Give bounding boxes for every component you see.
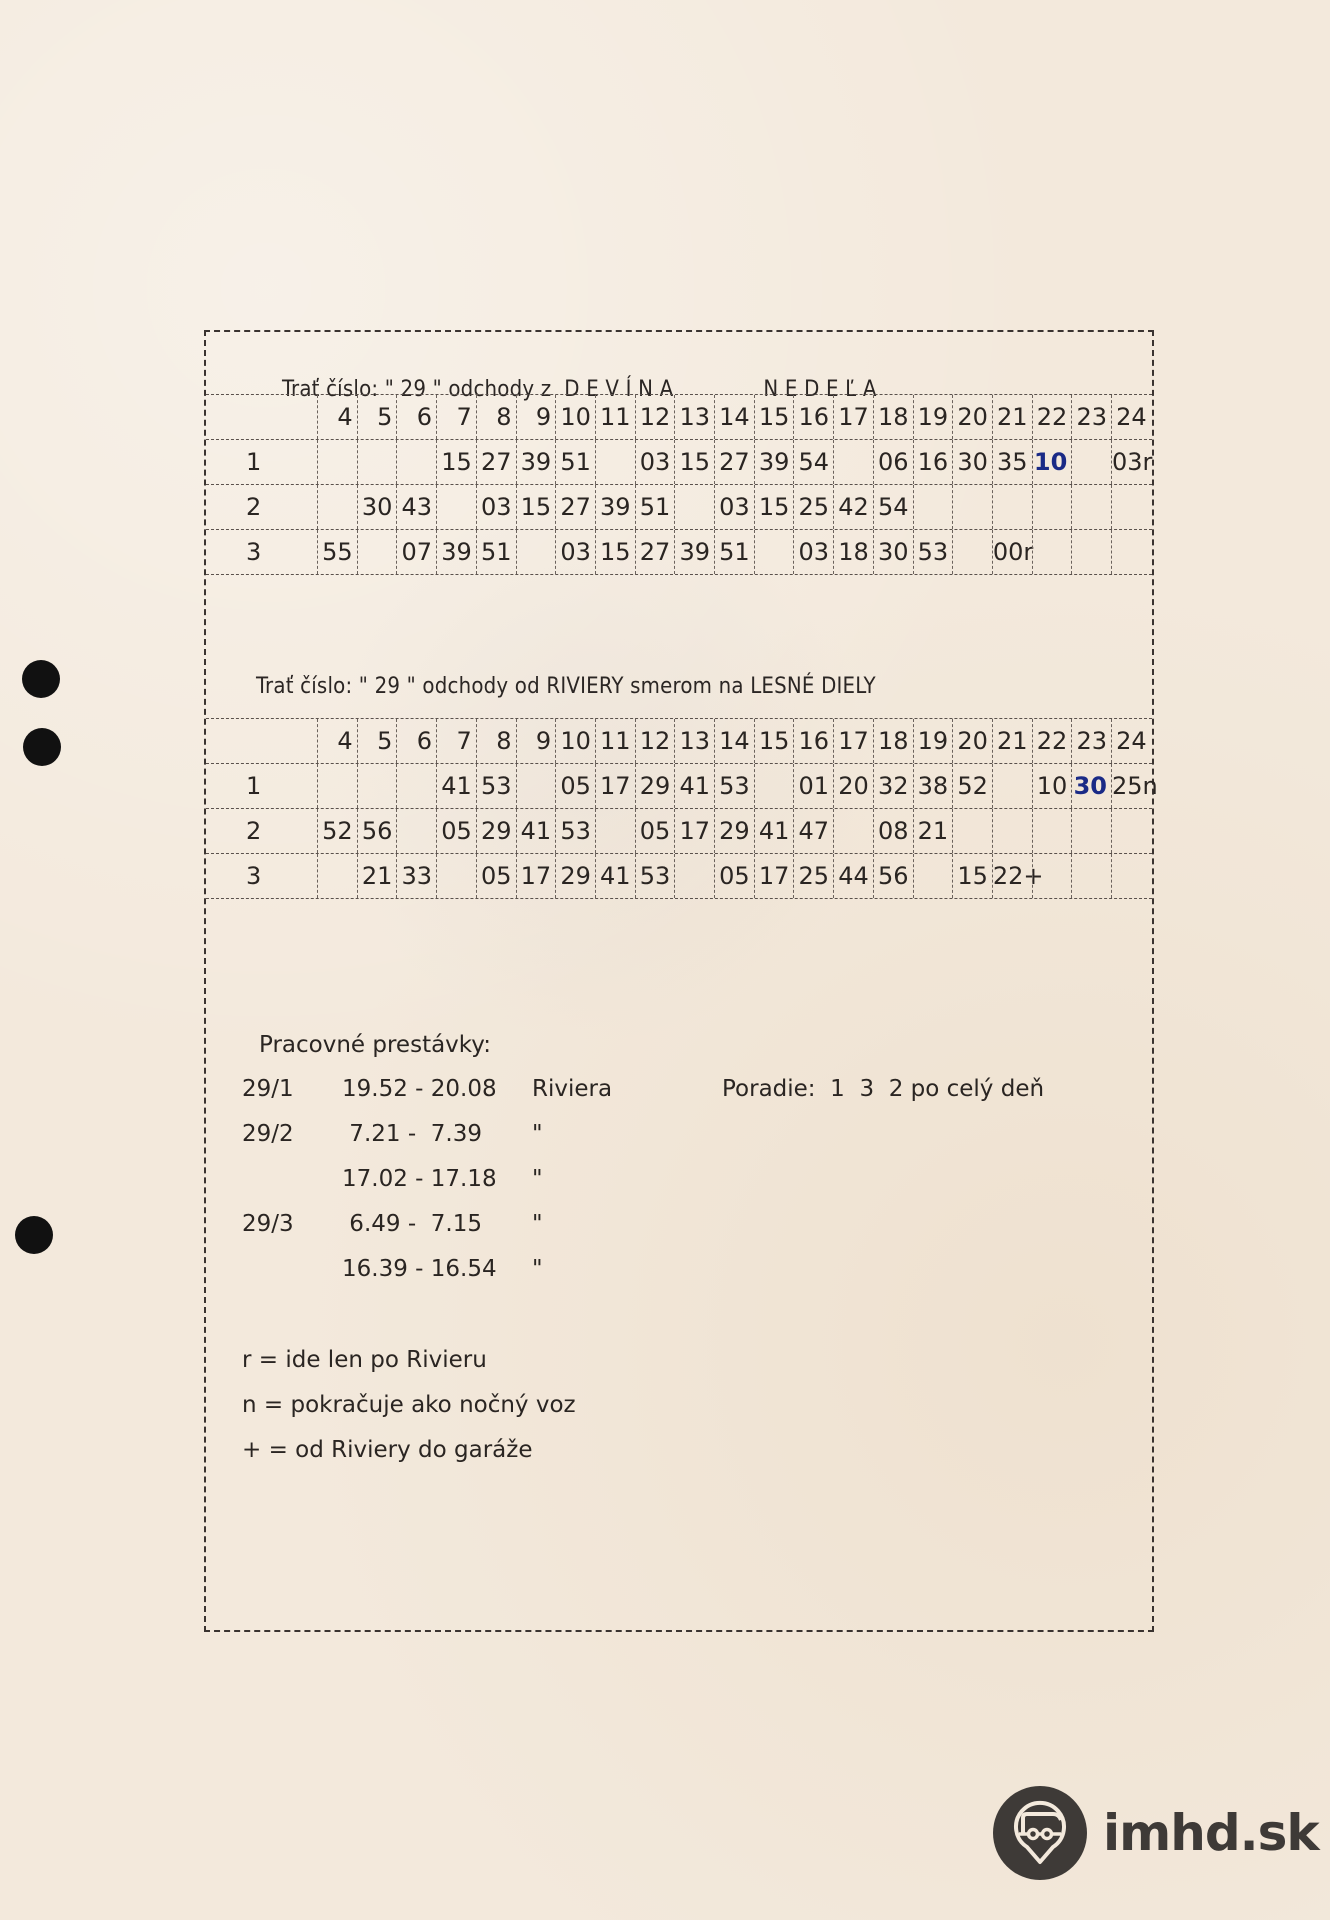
hour-cell: 17 [833, 395, 873, 439]
departure-minute: 25 [793, 485, 833, 529]
departure-minute: 07 [396, 530, 436, 574]
break-place: " [532, 1256, 543, 1282]
hour-cell: 16 [793, 719, 833, 763]
break-vehicle: 29/3 [242, 1211, 294, 1237]
departure-minute: 29 [714, 809, 754, 853]
departure-minute [595, 440, 635, 484]
break-time: 7.21 - 7.39 [342, 1121, 482, 1147]
departure-minute [1071, 530, 1111, 574]
departure-minute: 41 [595, 854, 635, 898]
departure-minute [754, 530, 794, 574]
break-time: 19.52 - 20.08 [342, 1076, 497, 1102]
departure-minute: 47 [793, 809, 833, 853]
departure-minute: 27 [635, 530, 675, 574]
departure-minute: 39 [595, 485, 635, 529]
table-row: 2304303152739510315254254 [206, 484, 1152, 529]
departure-minute [1071, 854, 1111, 898]
hour-cell: 20 [952, 395, 992, 439]
departure-minute [436, 485, 476, 529]
departure-minute: 20 [833, 764, 873, 808]
vehicle-number: 1 [206, 440, 317, 484]
departure-minute: 53 [913, 530, 953, 574]
departure-minute: 03 [635, 440, 675, 484]
departure-minute: 38 [913, 764, 953, 808]
departure-minute: 41 [674, 764, 714, 808]
hour-cell: 4 [317, 719, 357, 763]
departure-minute [913, 854, 953, 898]
table-row: 1415305172941530120323852103025n [206, 763, 1152, 808]
departure-minute [396, 809, 436, 853]
punch-hole [23, 728, 61, 766]
departure-minute: 39 [674, 530, 714, 574]
punch-hole [15, 1216, 53, 1254]
departure-minute [952, 485, 992, 529]
departure-minute [754, 764, 794, 808]
departure-minute: 56 [357, 809, 397, 853]
hour-cell: 19 [913, 719, 953, 763]
departure-minute: 22+ [992, 854, 1032, 898]
departure-minute [833, 809, 873, 853]
departure-minute: 30 [873, 530, 913, 574]
hour-cell: 21 [992, 395, 1032, 439]
departure-minute: 53 [635, 854, 675, 898]
row-label-header [206, 719, 317, 763]
hour-cell: 22 [1032, 719, 1072, 763]
hour-header-row: 456789101112131415161718192021222324 [206, 718, 1152, 763]
departure-minute: 15 [516, 485, 556, 529]
hour-cell: 11 [595, 395, 635, 439]
departure-minute: 27 [714, 440, 754, 484]
hour-cell: 13 [674, 719, 714, 763]
break-place: Riviera [532, 1076, 612, 1102]
hour-cell: 5 [357, 395, 397, 439]
departure-minute: 43 [396, 485, 436, 529]
departure-minute: 30 [1071, 764, 1111, 808]
departure-minute [1111, 809, 1151, 853]
hour-cell: 18 [873, 395, 913, 439]
timetable-riviera: 4567891011121314151617181920212223241415… [206, 718, 1152, 899]
departure-minute: 16 [913, 440, 953, 484]
break-vehicle: 29/2 [242, 1121, 294, 1147]
hour-cell: 6 [396, 395, 436, 439]
legend-item: r = ide len po Rivieru [242, 1347, 487, 1373]
hour-cell: 7 [436, 719, 476, 763]
bus-location-pin-icon [993, 1786, 1087, 1880]
hour-cell: 14 [714, 395, 754, 439]
breaks-heading: Pracovné prestávky: [259, 1032, 491, 1058]
hour-cell: 14 [714, 719, 754, 763]
departure-minute: 53 [555, 809, 595, 853]
departure-minute [516, 530, 556, 574]
departure-minute: 53 [476, 764, 516, 808]
departure-minute: 41 [754, 809, 794, 853]
departure-minute: 39 [516, 440, 556, 484]
departure-minute: 54 [873, 485, 913, 529]
vehicle-number: 2 [206, 809, 317, 853]
departure-minute: 21 [913, 809, 953, 853]
hour-cell: 19 [913, 395, 953, 439]
departure-minute [317, 440, 357, 484]
departure-minute [1111, 485, 1151, 529]
hour-cell: 23 [1071, 719, 1111, 763]
hour-cell: 24 [1111, 395, 1151, 439]
departure-minute: 03 [555, 530, 595, 574]
table-row: 1152739510315273954061630351003r [206, 439, 1152, 484]
departure-minute: 03 [793, 530, 833, 574]
departure-minute: 52 [317, 809, 357, 853]
hour-cell: 23 [1071, 395, 1111, 439]
row-label-header [206, 395, 317, 439]
hour-cell: 10 [555, 719, 595, 763]
departure-minute: 55 [317, 530, 357, 574]
departure-minute: 05 [635, 809, 675, 853]
hour-cell: 20 [952, 719, 992, 763]
hour-cell: 4 [317, 395, 357, 439]
departure-minute [1032, 809, 1072, 853]
break-place: " [532, 1121, 543, 1147]
departure-minute: 10 [1032, 440, 1072, 484]
departure-minute: 17 [595, 764, 635, 808]
imhd-logo: imhd.sk [993, 1785, 1319, 1881]
departure-minute: 03r [1111, 440, 1151, 484]
break-time: 6.49 - 7.15 [342, 1211, 482, 1237]
departure-minute: 51 [635, 485, 675, 529]
departure-minute: 41 [436, 764, 476, 808]
vehicle-number: 3 [206, 530, 317, 574]
timetable-frame: Trať číslo: " 29 " odchody z D E V Í N A… [204, 330, 1154, 1632]
hour-cell: 5 [357, 719, 397, 763]
departure-minute: 17 [754, 854, 794, 898]
departure-minute [357, 764, 397, 808]
hour-cell: 13 [674, 395, 714, 439]
timetable-devin: 4567891011121314151617181920212223241152… [206, 394, 1152, 575]
departure-minute: 10 [1032, 764, 1072, 808]
hour-cell: 22 [1032, 395, 1072, 439]
departure-minute: 53 [714, 764, 754, 808]
departure-minute [357, 440, 397, 484]
hour-cell: 18 [873, 719, 913, 763]
departure-minute [516, 764, 556, 808]
hour-cell: 6 [396, 719, 436, 763]
departure-minute: 29 [635, 764, 675, 808]
departure-minute [317, 854, 357, 898]
departure-minute: 01 [793, 764, 833, 808]
hour-cell: 12 [635, 719, 675, 763]
hour-cell: 7 [436, 395, 476, 439]
departure-minute [396, 764, 436, 808]
departure-minute: 32 [873, 764, 913, 808]
departure-minute: 21 [357, 854, 397, 898]
departure-minute [1111, 854, 1151, 898]
departure-minute [1032, 485, 1072, 529]
departure-minute: 05 [714, 854, 754, 898]
departure-minute: 05 [436, 809, 476, 853]
departure-minute: 56 [873, 854, 913, 898]
hour-cell: 15 [754, 719, 794, 763]
departure-minute [1071, 809, 1111, 853]
departure-minute [1111, 530, 1151, 574]
break-time: 16.39 - 16.54 [342, 1256, 497, 1282]
hour-cell: 12 [635, 395, 675, 439]
departure-minute: 03 [476, 485, 516, 529]
hour-cell: 9 [516, 719, 556, 763]
departure-minute: 05 [476, 854, 516, 898]
departure-minute [992, 764, 1032, 808]
departure-minute [1032, 530, 1072, 574]
departure-minute: 39 [754, 440, 794, 484]
departure-minute: 15 [952, 854, 992, 898]
departure-minute [595, 809, 635, 853]
punch-hole [22, 660, 60, 698]
departure-minute: 51 [714, 530, 754, 574]
departure-minute: 29 [555, 854, 595, 898]
departure-minute: 15 [674, 440, 714, 484]
departure-minute [952, 809, 992, 853]
departure-minute [436, 854, 476, 898]
departure-minute [674, 485, 714, 529]
legend-item: + = od Riviery do garáže [242, 1437, 533, 1463]
hour-cell: 24 [1111, 719, 1151, 763]
departure-minute: 39 [436, 530, 476, 574]
hour-cell: 16 [793, 395, 833, 439]
hour-cell: 8 [476, 719, 516, 763]
table2-title: Trať číslo: " 29 " odchody od RIVIERY sm… [256, 674, 876, 699]
departure-minute [992, 485, 1032, 529]
departure-minute [357, 530, 397, 574]
departure-minute [317, 485, 357, 529]
break-vehicle: 29/1 [242, 1076, 294, 1102]
departure-minute: 08 [873, 809, 913, 853]
vehicle-number: 2 [206, 485, 317, 529]
table-row: 35507395103152739510318305300r [206, 529, 1152, 575]
departure-minute: 15 [595, 530, 635, 574]
departure-minute: 42 [833, 485, 873, 529]
break-time: 17.02 - 17.18 [342, 1166, 497, 1192]
departure-minute: 18 [833, 530, 873, 574]
break-place: " [532, 1211, 543, 1237]
departure-minute: 03 [714, 485, 754, 529]
break-place: " [532, 1166, 543, 1192]
departure-minute [1032, 854, 1072, 898]
departure-minute [317, 764, 357, 808]
departure-minute: 27 [555, 485, 595, 529]
departure-minute: 30 [357, 485, 397, 529]
order-note: Poradie: 1 3 2 po celý deň [722, 1076, 1044, 1102]
hour-cell: 15 [754, 395, 794, 439]
departure-minute: 35 [992, 440, 1032, 484]
departure-minute: 25n [1111, 764, 1151, 808]
departure-minute [992, 809, 1032, 853]
departure-minute: 25 [793, 854, 833, 898]
hour-cell: 9 [516, 395, 556, 439]
hour-cell: 21 [992, 719, 1032, 763]
departure-minute: 33 [396, 854, 436, 898]
departure-minute [913, 485, 953, 529]
departure-minute: 00r [992, 530, 1032, 574]
hour-cell: 11 [595, 719, 635, 763]
departure-minute: 51 [555, 440, 595, 484]
departure-minute: 52 [952, 764, 992, 808]
departure-minute: 44 [833, 854, 873, 898]
departure-minute [1071, 440, 1111, 484]
vehicle-number: 1 [206, 764, 317, 808]
hour-header-row: 456789101112131415161718192021222324 [206, 394, 1152, 439]
departure-minute: 05 [555, 764, 595, 808]
departure-minute [833, 440, 873, 484]
departure-minute [1071, 485, 1111, 529]
brand-name: imhd.sk [1103, 1804, 1319, 1862]
departure-minute [952, 530, 992, 574]
departure-minute [674, 854, 714, 898]
departure-minute: 29 [476, 809, 516, 853]
departure-minute: 17 [674, 809, 714, 853]
table-row: 32133051729415305172544561522+ [206, 853, 1152, 899]
departure-minute: 27 [476, 440, 516, 484]
hour-cell: 10 [555, 395, 595, 439]
departure-minute: 15 [754, 485, 794, 529]
departure-minute: 30 [952, 440, 992, 484]
hour-cell: 8 [476, 395, 516, 439]
departure-minute: 06 [873, 440, 913, 484]
departure-minute: 41 [516, 809, 556, 853]
departure-minute: 54 [793, 440, 833, 484]
hour-cell: 17 [833, 719, 873, 763]
vehicle-number: 3 [206, 854, 317, 898]
table-row: 252560529415305172941470821 [206, 808, 1152, 853]
departure-minute: 15 [436, 440, 476, 484]
departure-minute: 51 [476, 530, 516, 574]
departure-minute: 17 [516, 854, 556, 898]
legend-item: n = pokračuje ako nočný voz [242, 1392, 576, 1418]
departure-minute [396, 440, 436, 484]
